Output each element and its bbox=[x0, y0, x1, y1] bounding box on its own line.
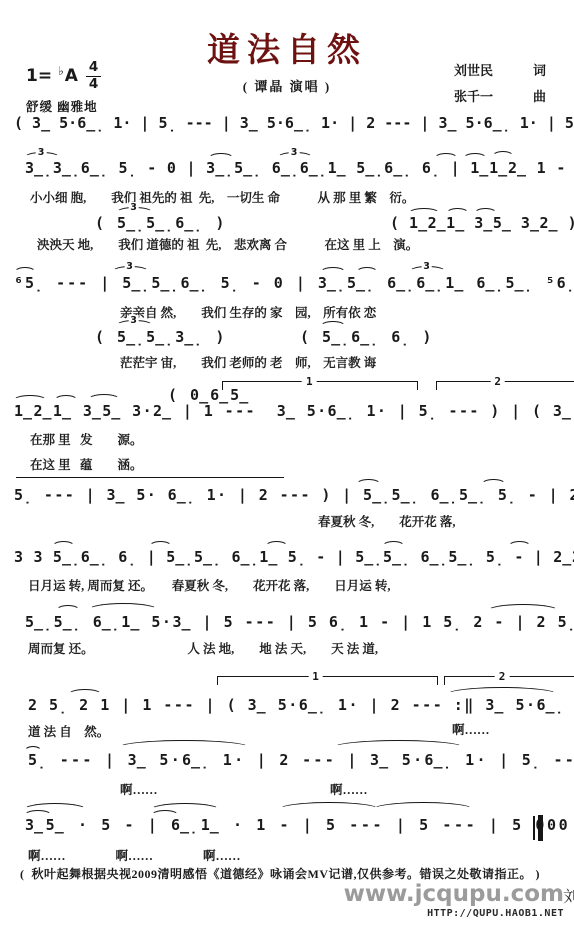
slur-mark bbox=[208, 153, 234, 164]
music-line: ( 5̲̣6̲̣ 6̣ ) bbox=[300, 330, 433, 345]
slur-mark bbox=[149, 541, 172, 552]
key-signature: 1=♭A 4 4 bbox=[26, 60, 101, 92]
music-line: 3̲̣3̲̣6̲̣ 5̣ - 0 | 3̲̣5̲̣ 6̲̣6̲̣1̲ 5̲̣6̲… bbox=[25, 161, 574, 176]
volta-number: 2 bbox=[495, 670, 510, 683]
slur-mark bbox=[320, 267, 346, 278]
music-line: 5̲̣5̲̣ 6̲̣1̲ 5·3̲ | 5 --- | 5 6̣ 1 - | 1… bbox=[25, 615, 574, 630]
slur-mark bbox=[118, 740, 250, 755]
slur-mark bbox=[382, 541, 405, 552]
slur-mark bbox=[474, 208, 497, 219]
music-line: 5̣ --- | 3̲ 5·6̲̣ 1· | 2 --- | 3̲ 5·6̲̣ … bbox=[28, 753, 574, 768]
lyric-line: 道 法 自 然。 bbox=[28, 726, 109, 739]
volta-number: 1 bbox=[302, 375, 317, 388]
lyric-line: 啊…… bbox=[330, 784, 368, 797]
lyric-line: 春夏秋 冬, 花开花 落, bbox=[318, 516, 456, 529]
composer-name: 张千一 bbox=[454, 86, 493, 105]
slur-mark bbox=[56, 605, 80, 616]
composer-credit: 张千一 曲 bbox=[454, 86, 546, 105]
slur-mark bbox=[13, 395, 47, 406]
triplet-number: 3 bbox=[421, 261, 432, 272]
lyric-line: 小小细 胞, 我们 祖先的 祖 先, 一切生 命 从 那 里 繁 衍。 bbox=[30, 192, 414, 205]
slur-mark bbox=[278, 802, 380, 817]
slur-mark bbox=[408, 208, 440, 219]
music-line: ( 3̲ 5·6̲̣ 1· | 5̣ --- | 3̲ 5·6̲̣ 1· | 2… bbox=[14, 116, 574, 131]
key-prefix: 1= bbox=[26, 66, 52, 86]
lyric-line: 亲亲自 然, 我们 生存的 家 园, 所有依 恋 bbox=[120, 307, 376, 320]
slur-mark bbox=[14, 267, 36, 278]
music-line: ( 0̲6̲5̲ bbox=[168, 388, 250, 403]
triplet-number: 3 bbox=[289, 147, 300, 158]
music-line: 1̲2̲1̲ 3̲5̲ 3·2̲ | 1 --- 3̲ 5·6̲̣ 1· | 5… bbox=[14, 404, 574, 419]
slur-mark bbox=[372, 802, 474, 817]
transcriber-note: ( 秋叶起舞根据央视2009清明感悟《道德经》咏诵会MV记谱,仅供参考。错误之处… bbox=[20, 865, 540, 882]
music-line: 3̲5̲ · 5 - | 6̲̣1̲ · 1 - | 5 --- | 5 ---… bbox=[25, 818, 570, 833]
sheet-music-page: 道法自然 ( 谭晶 演唱 ) 刘世民 词 张千一 曲 1=♭A 4 4 舒缓 幽… bbox=[0, 0, 574, 927]
slur-mark bbox=[320, 321, 346, 332]
slur-mark bbox=[463, 153, 487, 164]
slur-mark bbox=[446, 687, 558, 702]
slur-mark bbox=[52, 541, 75, 552]
volta-number: 1 bbox=[308, 670, 323, 683]
watermark-site: www.jcqupu.com bbox=[344, 881, 564, 907]
slur-mark bbox=[492, 151, 514, 162]
slur-mark bbox=[356, 479, 381, 490]
credits-block: 刘世民 词 张千一 曲 bbox=[454, 60, 546, 112]
music-line: ( 5̲̣5̲̣6̲̣ ) bbox=[95, 216, 226, 231]
slur-mark bbox=[88, 603, 158, 617]
final-barline bbox=[533, 816, 535, 840]
slur-mark bbox=[24, 746, 42, 757]
lyric-line: 啊…… bbox=[452, 724, 490, 737]
music-line: 5̣ --- | 3̲ 5· 6̲̣ 1· | 2 --- ) | 5̲̣5̲̣… bbox=[14, 488, 574, 503]
slur-mark bbox=[434, 153, 458, 164]
time-top: 4 bbox=[86, 60, 101, 77]
triplet-number: 3 bbox=[36, 147, 47, 158]
slur-mark bbox=[446, 208, 469, 219]
triplet-number: 3 bbox=[128, 202, 139, 213]
triplet-number: 3 bbox=[124, 261, 135, 272]
time-bottom: 4 bbox=[89, 77, 98, 93]
lyric-line: 在那 里 发 源。 bbox=[30, 434, 143, 447]
volta-bracket bbox=[436, 381, 574, 390]
slur-mark bbox=[150, 803, 220, 817]
lyricist-role: 词 bbox=[533, 60, 546, 79]
watermark-clipped-glyph: 刘 bbox=[563, 884, 574, 907]
lyric-line: 日月运 转, 周而复 还。 春夏秋 冬, 花开花 落, 日月运 转, bbox=[28, 580, 391, 593]
music-line: 3 3 5̲̣6̲̣ 6̣ | 5̲̣5̲̣ 6̲̣1̲ 5̣ - | 5̲̣5… bbox=[14, 550, 574, 565]
flat-icon: ♭ bbox=[58, 64, 64, 78]
lyricist-name: 刘世民 bbox=[454, 60, 493, 79]
slur-mark bbox=[54, 395, 78, 406]
lyricist-credit: 刘世民 词 bbox=[454, 60, 546, 79]
slur-mark bbox=[23, 803, 87, 817]
volta-bracket bbox=[222, 381, 418, 390]
slur-mark bbox=[68, 689, 102, 700]
volta-number: 2 bbox=[490, 375, 505, 388]
tempo-marking: 舒缓 幽雅地 bbox=[26, 97, 98, 115]
lyric-line: 在这 里 蕴 涵。 bbox=[30, 459, 143, 472]
volta-continuation-line bbox=[16, 477, 284, 478]
slur-mark bbox=[487, 604, 559, 618]
key-note: A bbox=[65, 66, 78, 86]
music-line: ( 5̲̣5̲̣3̲̣ ) bbox=[95, 330, 226, 345]
triplet-number: 3 bbox=[128, 315, 139, 326]
slur-mark bbox=[356, 267, 378, 278]
volta-bracket bbox=[217, 676, 438, 685]
lyric-line: 周而复 还。 人 法 地, 地 法 天, 天 法 道, bbox=[28, 643, 378, 656]
slur-mark bbox=[265, 541, 288, 552]
slur-mark bbox=[88, 394, 120, 405]
lyric-line: 茫茫宇 宙, 我们 老师的 老 师, 无言教 诲 bbox=[120, 357, 376, 370]
music-line: ⁶5̣ --- | 5̲̣5̲̣6̲̣ 5̣ - 0 | 3̲̣5̲̣ 6̲̣6… bbox=[14, 276, 574, 291]
slur-mark bbox=[508, 541, 531, 552]
composer-role: 曲 bbox=[533, 86, 546, 105]
slur-mark bbox=[481, 479, 506, 490]
watermark-url: HTTP://QUPU.HAOB1.NET bbox=[427, 908, 564, 919]
final-barline bbox=[538, 815, 543, 841]
lyric-line: 啊…… bbox=[120, 784, 158, 797]
lyric-line: 泱泱天 地, 我们 道德的 祖 先, 悲欢离 合 在这 里 上 演。 bbox=[37, 239, 418, 252]
lyric-line: 啊…… 啊…… 啊…… bbox=[28, 850, 241, 863]
time-signature: 4 4 bbox=[86, 60, 101, 92]
slur-mark bbox=[333, 740, 464, 755]
